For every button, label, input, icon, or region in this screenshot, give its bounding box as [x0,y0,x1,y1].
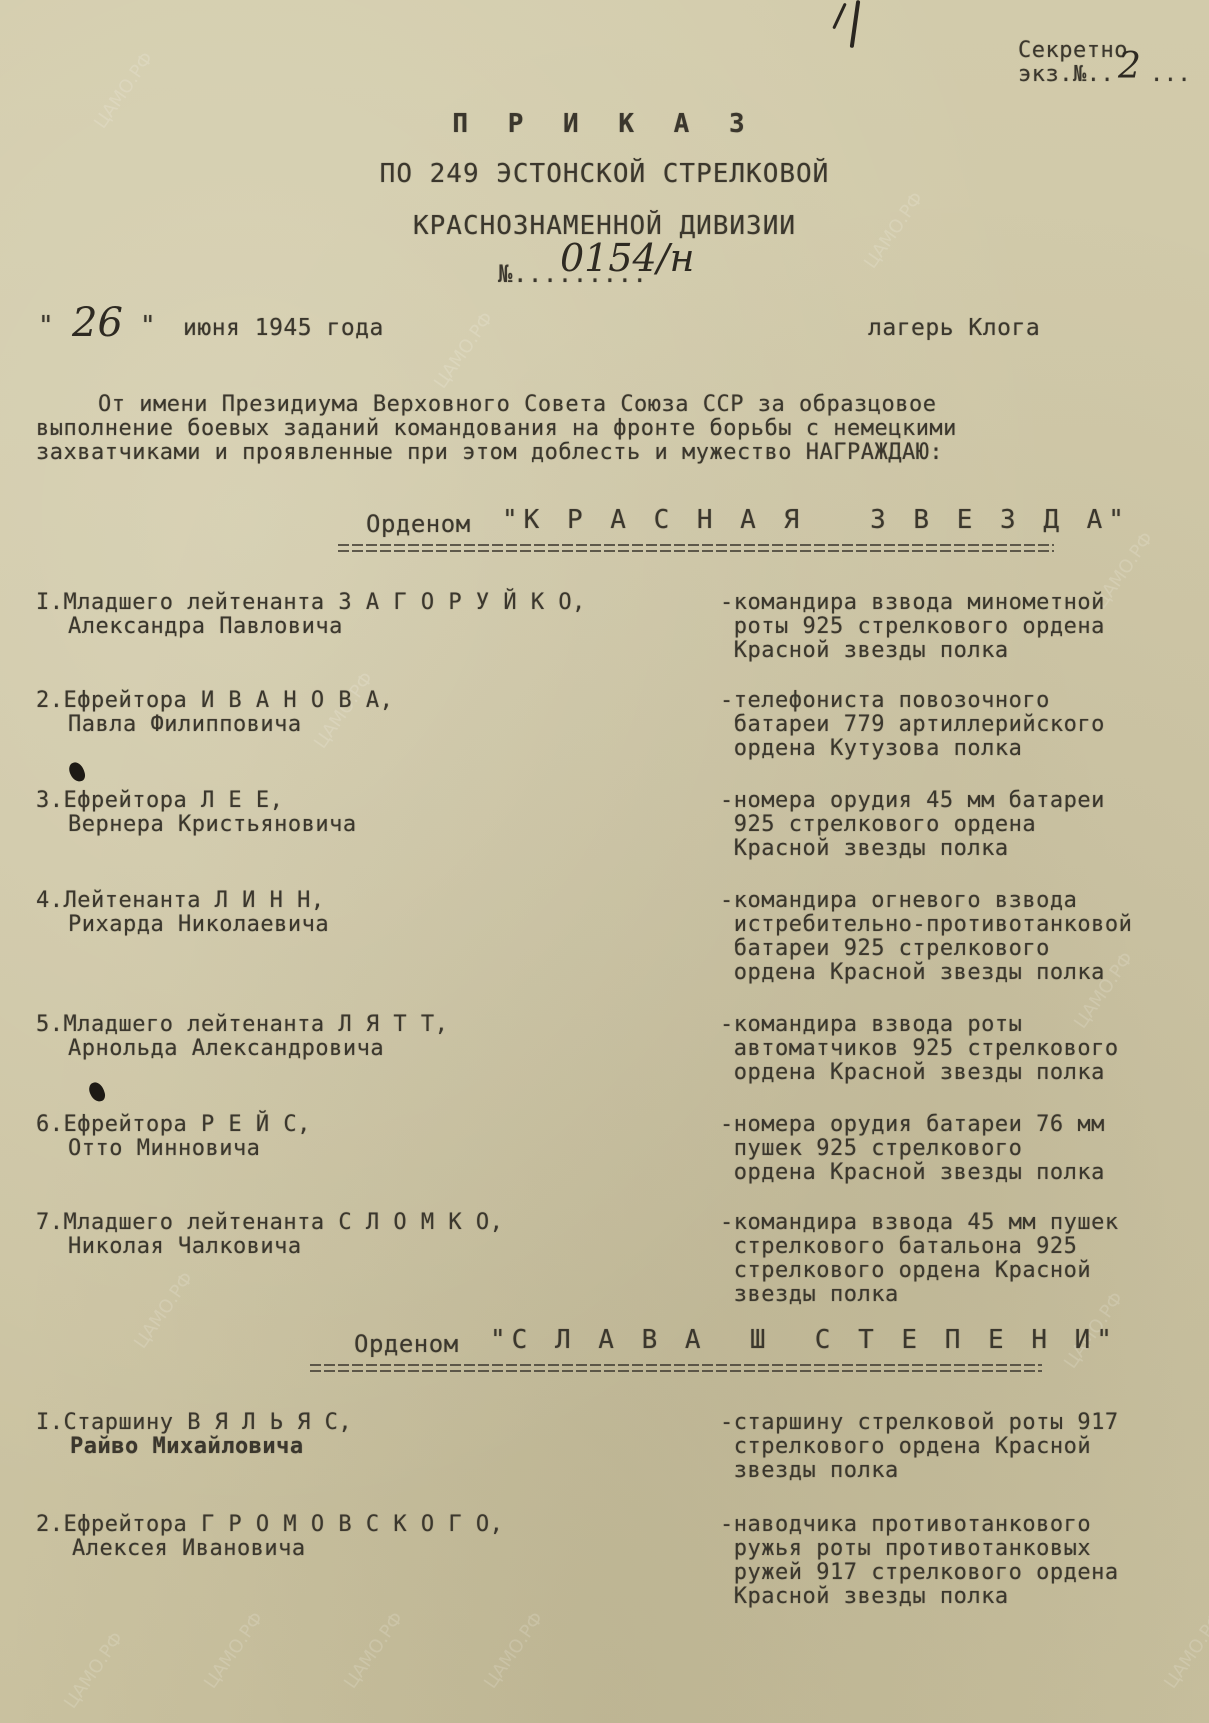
recipient-position: батареи 925 стрелкового [720,936,1050,961]
recipient-position: -командира взвода минометной [720,590,1105,615]
recipient-rank-surname: I.Старшину В Я Л Ь Я С, [36,1410,352,1435]
pen-stroke-mark [832,3,847,30]
recipient-position: Красной звезды полка [720,836,1009,861]
recipient-rank-surname: 2.Ефрейтора Г Р О М О В С К О Г О, [36,1512,503,1537]
recipient-position: автоматчиков 925 стрелкового [720,1036,1119,1061]
recipient-given-names: Александра Павловича [68,614,343,639]
recipient-position: пушек 925 стрелкового [720,1136,1022,1161]
recipient-given-names: Райво Михайловича [70,1434,304,1459]
copy-number-dots: ... [1150,62,1191,87]
recipient-position: -командира взвода 45 мм пушек [720,1210,1119,1235]
recipient-rank-surname: I.Младшего лейтенанта З А Г О Р У Й К О, [36,590,586,615]
order-title: П Р И К А З [0,112,1209,137]
recipient-position: ордена Красной звезды полка [720,1060,1105,1085]
preamble-line: выполнение боевых заданий командования н… [36,416,957,441]
order-number-handwritten: 0154/н [560,236,695,280]
recipient-position: -номера орудия 45 мм батареи [720,788,1105,813]
classification-label: Секретно [1018,38,1128,63]
copy-number-label: экз.№.. [1018,62,1114,87]
copy-number-handwritten: 2 [1118,46,1141,87]
recipient-position: Красной звезды полка [720,638,1009,663]
recipient-position: стрелкового ордена Красной [720,1258,1091,1283]
recipient-given-names: Алексея Ивановича [72,1536,306,1561]
recipient-position: ордена Красной звезды полка [720,1160,1105,1185]
recipient-rank-surname: 6.Ефрейтора Р Е Й С, [36,1112,311,1137]
preamble-line: захватчиками и проявленные при этом добл… [36,440,943,465]
section-heading-award: "С Л А В А Ш С Т Е П Е Н И" [490,1328,1118,1353]
recipient-given-names: Отто Минновича [68,1136,260,1161]
recipient-rank-surname: 7.Младшего лейтенанта С Л О М К О, [36,1210,503,1235]
recipient-position: ружья роты противотанковых [720,1536,1091,1561]
recipient-given-names: Вернера Кристьяновича [68,812,357,837]
date-quote-open: " [38,314,54,339]
binding-hole-mark [87,1080,107,1104]
recipient-position: -старшину стрелковой роты 917 [720,1410,1119,1435]
recipient-position: -наводчика противотанкового [720,1512,1091,1537]
recipient-position: стрелкового ордена Красной [720,1434,1091,1459]
recipient-position: -номера орудия батареи 76 мм [720,1112,1105,1137]
preamble-line: От имени Президиума Верховного Совета Со… [98,392,936,417]
recipient-position: ружей 917 стрелкового ордена [720,1560,1119,1585]
pen-stroke-mark [850,0,861,48]
recipient-position: истребительно-противотанковой [720,912,1132,937]
binding-hole-mark [67,760,87,784]
recipient-position: роты 925 стрелкового ордена [720,614,1105,639]
recipient-position: 925 стрелкового ордена [720,812,1036,837]
document-page: ЦАМО.РФ ЦАМО.РФ ЦАМО.РФ ЦАМО.РФ ЦАМО.РФ … [0,0,1209,1723]
recipient-position: ордена Красной звезды полка [720,960,1105,985]
recipient-position: звезды полка [720,1458,899,1483]
watermark: ЦАМО.РФ [130,1268,198,1352]
watermark: ЦАМО.РФ [340,1608,408,1692]
section-heading-prefix: Орденом [354,1332,459,1357]
watermark: ЦАМО.РФ [430,308,498,392]
recipient-position: -командира взвода роты [720,1012,1022,1037]
date-day-handwritten: 26 [72,300,123,346]
recipient-given-names: Арнольда Александровича [68,1036,384,1061]
watermark: ЦАМО.РФ [60,1628,128,1712]
place-label: лагерь Клога [868,316,1040,341]
date-quote-close: " [140,314,156,339]
recipient-rank-surname: 3.Ефрейтора Л Е Е, [36,788,283,813]
recipient-position: стрелкового батальона 925 [720,1234,1077,1259]
date-month-year: июня 1945 года [183,316,384,341]
recipient-rank-surname: 2.Ефрейтора И В А Н О В А, [36,688,393,713]
watermark: ЦАМО.РФ [200,1608,268,1692]
order-subtitle-line1: ПО 249 ЭСТОНСКОЙ СТРЕЛКОВОЙ [0,162,1209,187]
recipient-position: батареи 779 артиллерийского [720,712,1105,737]
section-underline [310,1364,1042,1372]
recipient-given-names: Рихарда Николаевича [68,912,329,937]
recipient-given-names: Николая Чалковича [68,1234,302,1259]
recipient-position: -командира огневого взвода [720,888,1077,913]
watermark: ЦАМО.РФ [480,1608,548,1692]
recipient-position: Красной звезды полка [720,1584,1009,1609]
watermark: ЦАМО.РФ [1160,1608,1209,1692]
section-heading-prefix: Орденом [366,512,471,537]
recipient-given-names: Павла Филипповича [68,712,302,737]
recipient-rank-surname: 4.Лейтенанта Л И Н Н, [36,888,325,913]
recipient-position: -телефониста повозочного [720,688,1050,713]
section-underline [338,544,1054,552]
section-heading-award: "К Р А С Н А Я З В Е З Д А" [502,508,1130,533]
recipient-position: звезды полка [720,1282,899,1307]
recipient-position: ордена Кутузова полка [720,736,1022,761]
recipient-rank-surname: 5.Младшего лейтенанта Л Я Т Т, [36,1012,448,1037]
